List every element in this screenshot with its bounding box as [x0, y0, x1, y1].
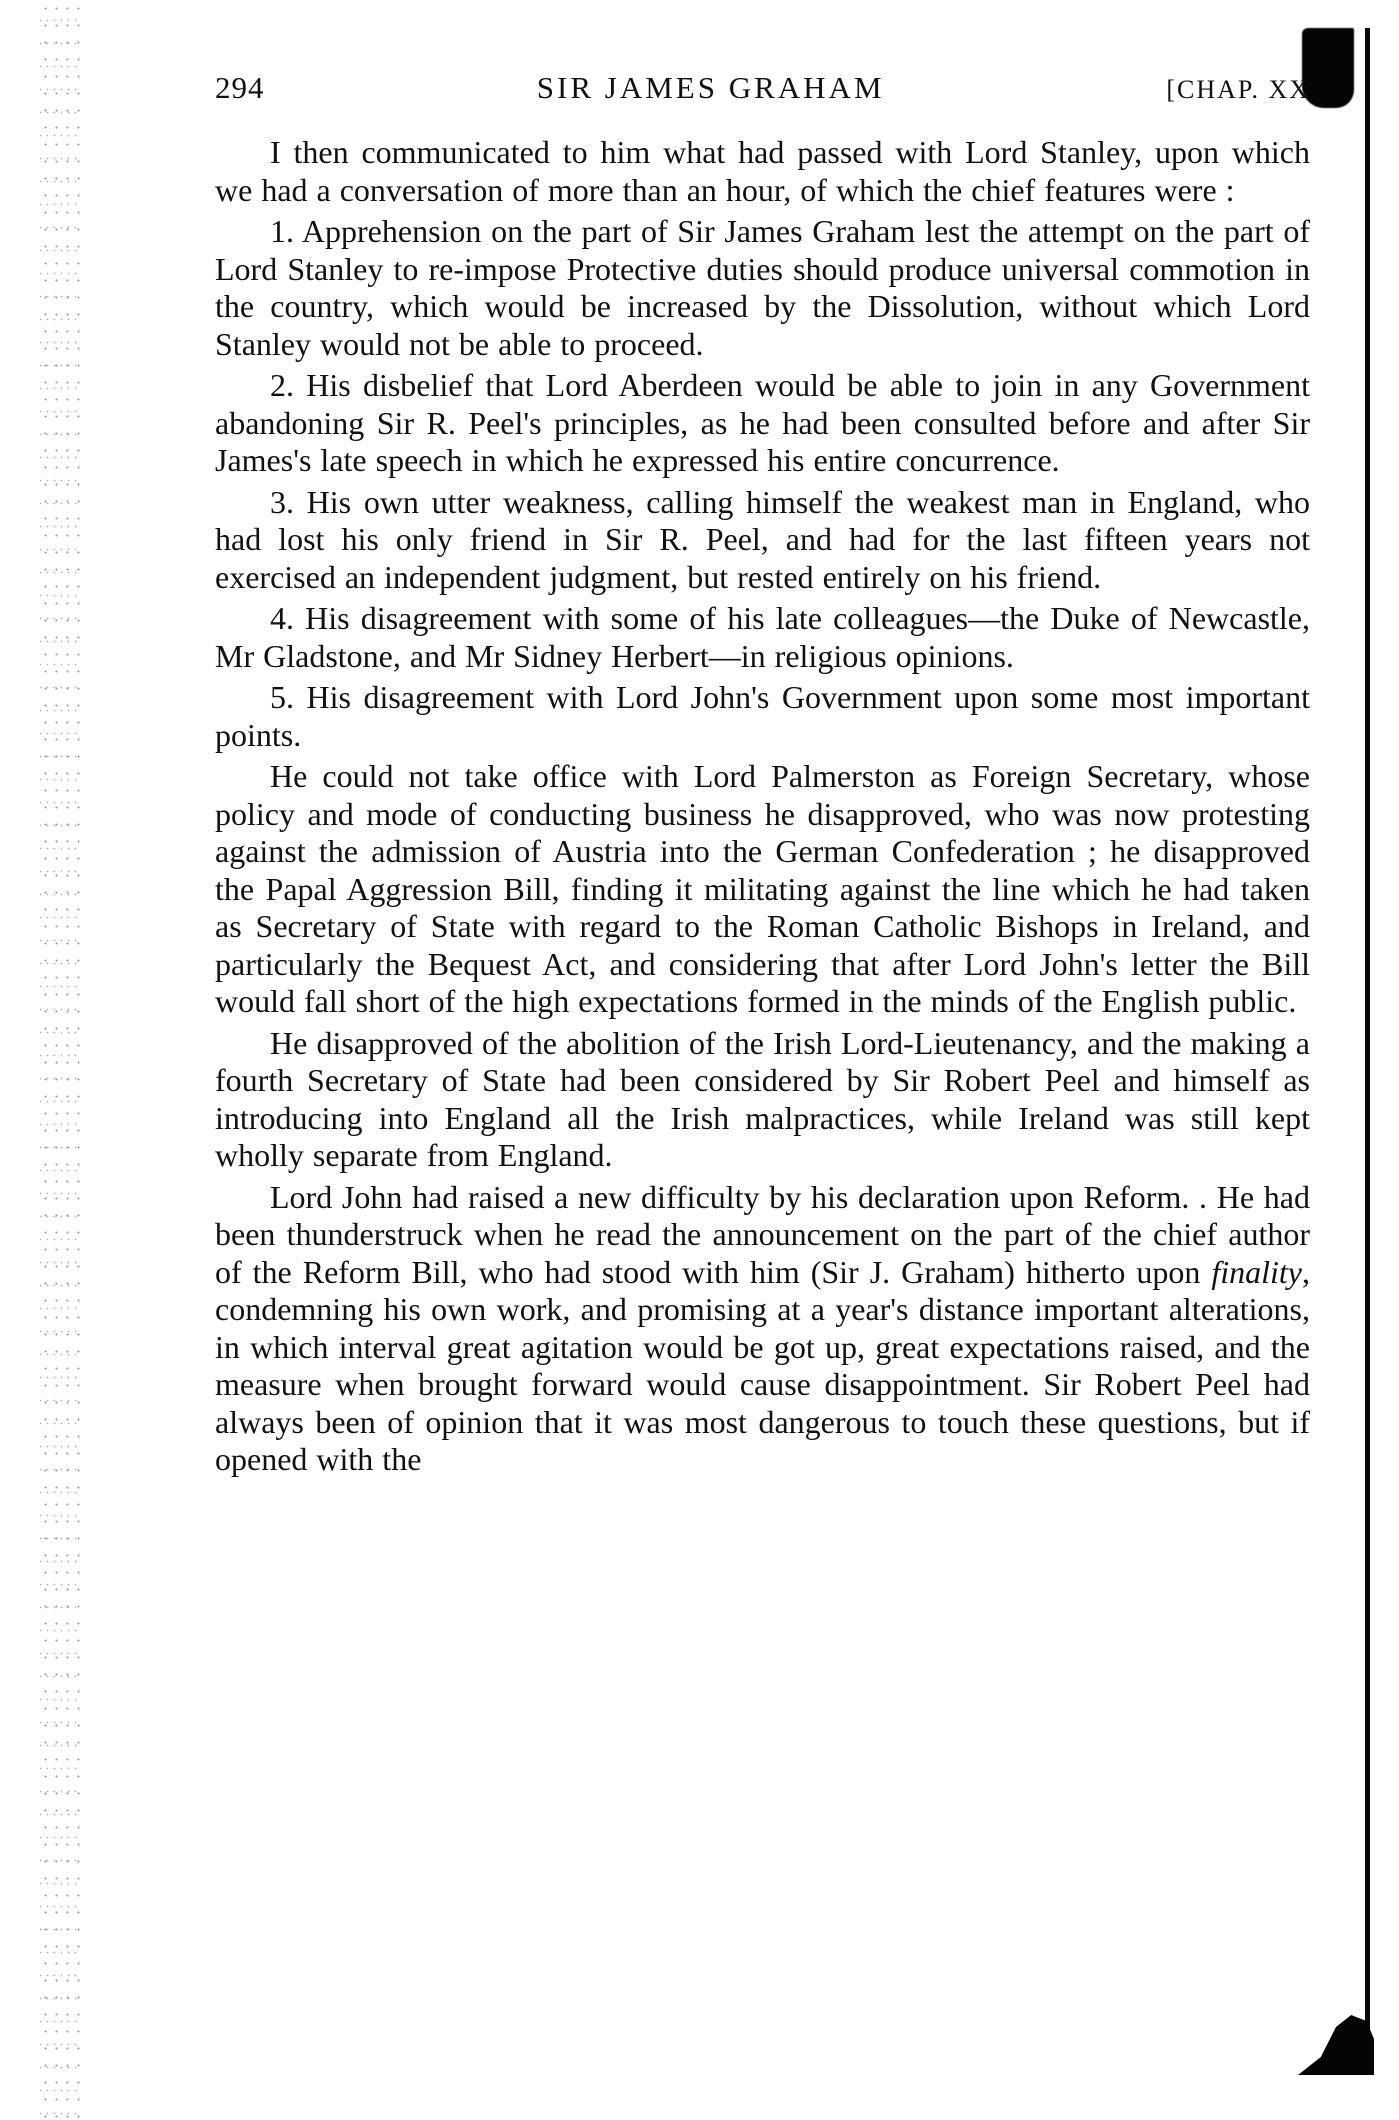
book-page: 294 SIR JAMES GRAHAM [CHAP. XX I then co…	[215, 70, 1310, 1483]
paragraph-point-4: 4. His disagreement with some of his lat…	[215, 600, 1310, 675]
page-body: I then communicated to him what had pass…	[215, 134, 1310, 1479]
scan-ink-blot-bottom	[1298, 2015, 1374, 2075]
chapter-label: [CHAP. XX	[1166, 75, 1310, 105]
reform-italic-finality: finality	[1211, 1254, 1302, 1290]
reform-text-before: Lord John had raised a new difficulty by…	[215, 1179, 1310, 1290]
running-header: 294 SIR JAMES GRAHAM [CHAP. XX	[215, 70, 1310, 114]
paragraph-point-5: 5. His disagreement with Lord John's Gov…	[215, 679, 1310, 754]
paragraph-point-3: 3. His own utter weakness, calling himse…	[215, 484, 1310, 597]
running-title: SIR JAMES GRAHAM	[335, 70, 1166, 106]
scan-page-edge-rule	[1365, 28, 1370, 2068]
paragraph-point-1: 1. Apprehension on the part of Sir James…	[215, 213, 1310, 363]
paragraph-reform: Lord John had raised a new difficulty by…	[215, 1179, 1310, 1479]
page-number: 294	[215, 70, 335, 106]
scan-speckle-left-margin	[40, 0, 80, 2120]
paragraph-point-2: 2. His disbelief that Lord Aberdeen woul…	[215, 367, 1310, 480]
paragraph-palmerston: He could not take office with Lord Palme…	[215, 758, 1310, 1021]
paragraph-irish-lieutenancy: He disapproved of the abolition of the I…	[215, 1025, 1310, 1175]
paragraph-intro: I then communicated to him what had pass…	[215, 134, 1310, 209]
